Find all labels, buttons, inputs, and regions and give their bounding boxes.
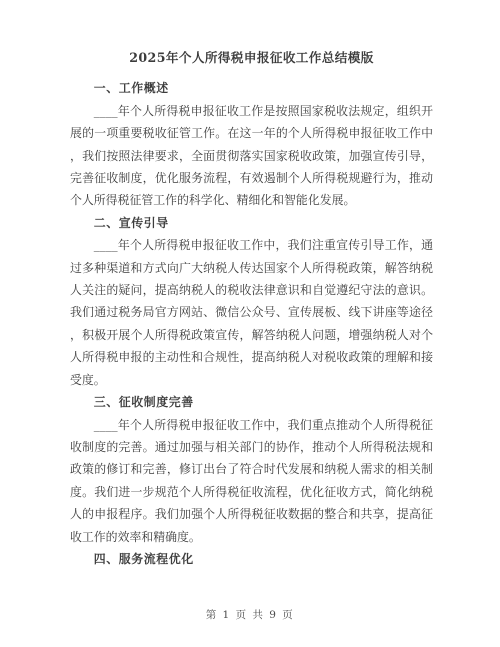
paragraph-line: 完善征收制度，优化服务流程，有效遏制个人所得税规避行为，推动 [70,167,433,189]
paragraph-line: 人关注的疑问，提高纳税人的税收法律意识和自觉遵纪守法的意识。 [70,279,433,301]
section-heading-3: 三、征收制度完善 [70,391,433,413]
paragraph-line: 政策的修订和完善，修订出台了符合时代发展和纳税人需求的相关制 [70,458,433,480]
paragraph-line: 受度。 [70,369,433,391]
document-page: 2025年个人所得税申报征收工作总结模版 一、工作概述____年个人所得税申报征… [0,0,500,647]
paragraph-line: 我们通过税务局官方网站、微信公众号、宣传展板、线下讲座等途径 [70,301,433,323]
paragraph-line: ____年个人所得税申报征收工作中，我们注重宣传引导工作，通 [70,234,433,256]
section-heading-2: 二、宣传引导 [70,212,433,234]
paragraph-line: 收制度的完善。通过加强与相关部门的协作，推动个人所得税法规和 [70,436,433,458]
paragraph: ____年个人所得税申报征收工作中，我们重点推动个人所得税征收制度的完善。通过加… [70,414,433,548]
page-number-footer: 第 1 页 共 9 页 [0,607,500,622]
paragraph-line: ____年个人所得税申报征收工作是按照国家税收法规定，组织开 [70,100,433,122]
document-title: 2025年个人所得税申报征收工作总结模版 [70,47,433,69]
paragraph-line: 人所得税申报的主动性和合规性，提高纳税人对税收政策的理解和接 [70,346,433,368]
paragraph-line: 个人所得税征管工作的科学化、精细化和智能化发展。 [70,189,433,211]
paragraph-line: ____年个人所得税申报征收工作中，我们重点推动个人所得税征 [70,414,433,436]
section-heading-1: 一、工作概述 [70,77,433,99]
document-body: 一、工作概述____年个人所得税申报征收工作是按照国家税收法规定，组织开展的一项… [70,77,433,570]
paragraph: ____年个人所得税申报征收工作是按照国家税收法规定，组织开展的一项重要税收征管… [70,100,433,212]
paragraph: ____年个人所得税申报征收工作中，我们注重宣传引导工作，通过多种渠道和方式向广… [70,234,433,391]
paragraph-line: ，我们按照法律要求，全面贯彻落实国家税收政策，加强宣传引导， [70,145,433,167]
paragraph-line: 度。我们进一步规范个人所得税征收流程，优化征收方式，简化纳税 [70,481,433,503]
paragraph-line: 展的一项重要税收征管工作。在这一年的个人所得税申报征收工作中 [70,122,433,144]
document-content: 2025年个人所得税申报征收工作总结模版 一、工作概述____年个人所得税申报征… [70,47,433,570]
paragraph-line: ，积极开展个人所得税政策宣传，解答纳税人问题，增强纳税人对个 [70,324,433,346]
paragraph-line: 人的申报程序。我们加强个人所得税征收数据的整合和共享，提高征 [70,503,433,525]
paragraph-line: 收工作的效率和精确度。 [70,526,433,548]
paragraph-line: 过多种渠道和方式向广大纳税人传达国家个人所得税政策，解答纳税 [70,257,433,279]
section-heading-4: 四、服务流程优化 [70,548,433,570]
